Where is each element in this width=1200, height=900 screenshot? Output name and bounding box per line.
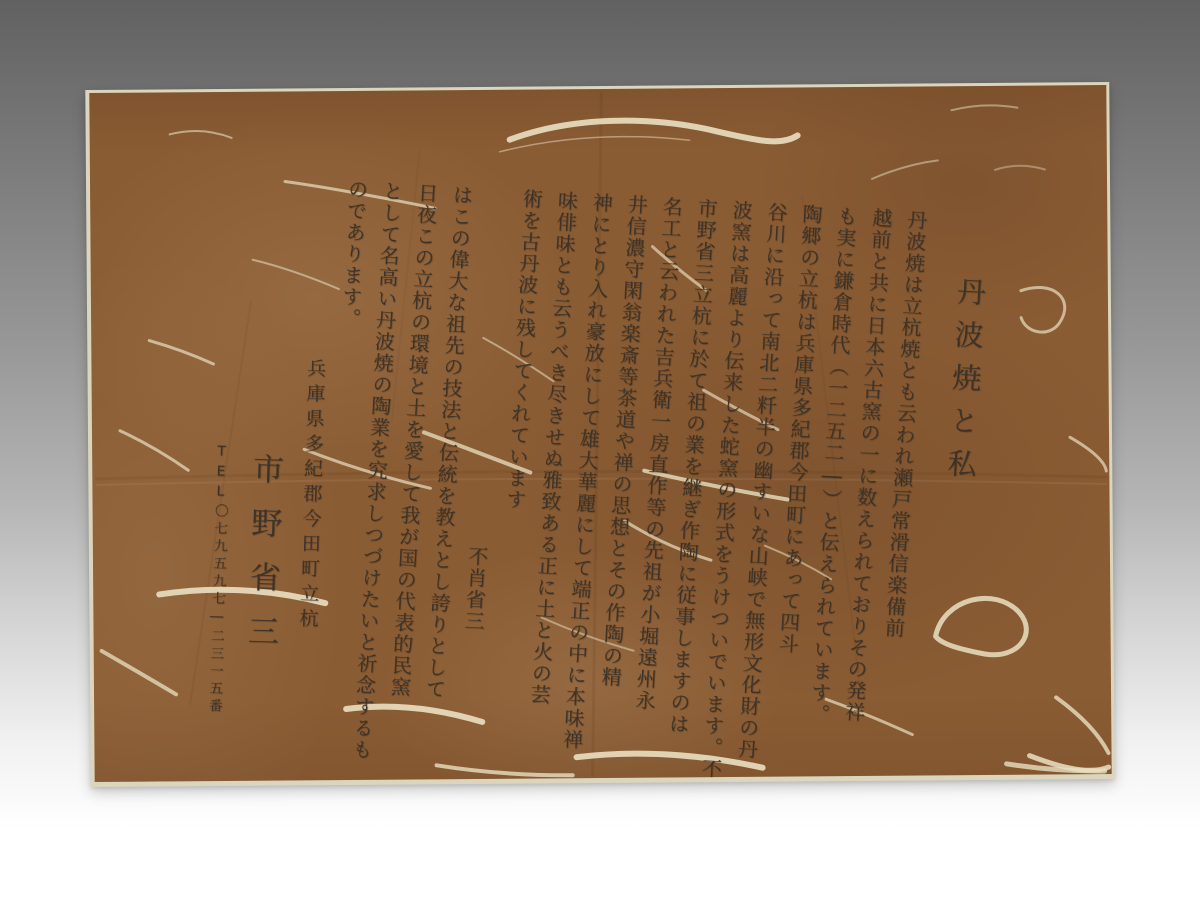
washi-paper: 丹波焼と私 丹波焼は立杭焼とも云われ瀬戸常滑信楽備前越前と共に日本六古窯の一に数… xyxy=(85,82,1114,787)
body-columns: 丹波焼は立杭焼とも云われ瀬戸常滑信楽備前越前と共に日本六古窯の一に数えられており… xyxy=(305,178,933,782)
signature-block: 兵庫県多紀郡今田町立杭 市野省三 TEL〇七九五九七―二三一五番 xyxy=(195,355,338,709)
paper-surface: 丹波焼と私 丹波焼は立杭焼とも云われ瀬戸常滑信楽備前越前と共に日本六古窯の一に数… xyxy=(89,85,1111,782)
signature-name: 市野省三 xyxy=(233,356,294,707)
photo-backdrop: 丹波焼と私 丹波焼は立杭焼とも云われ瀬戸常滑信楽備前越前と共に日本六古窯の一に数… xyxy=(0,0,1200,900)
